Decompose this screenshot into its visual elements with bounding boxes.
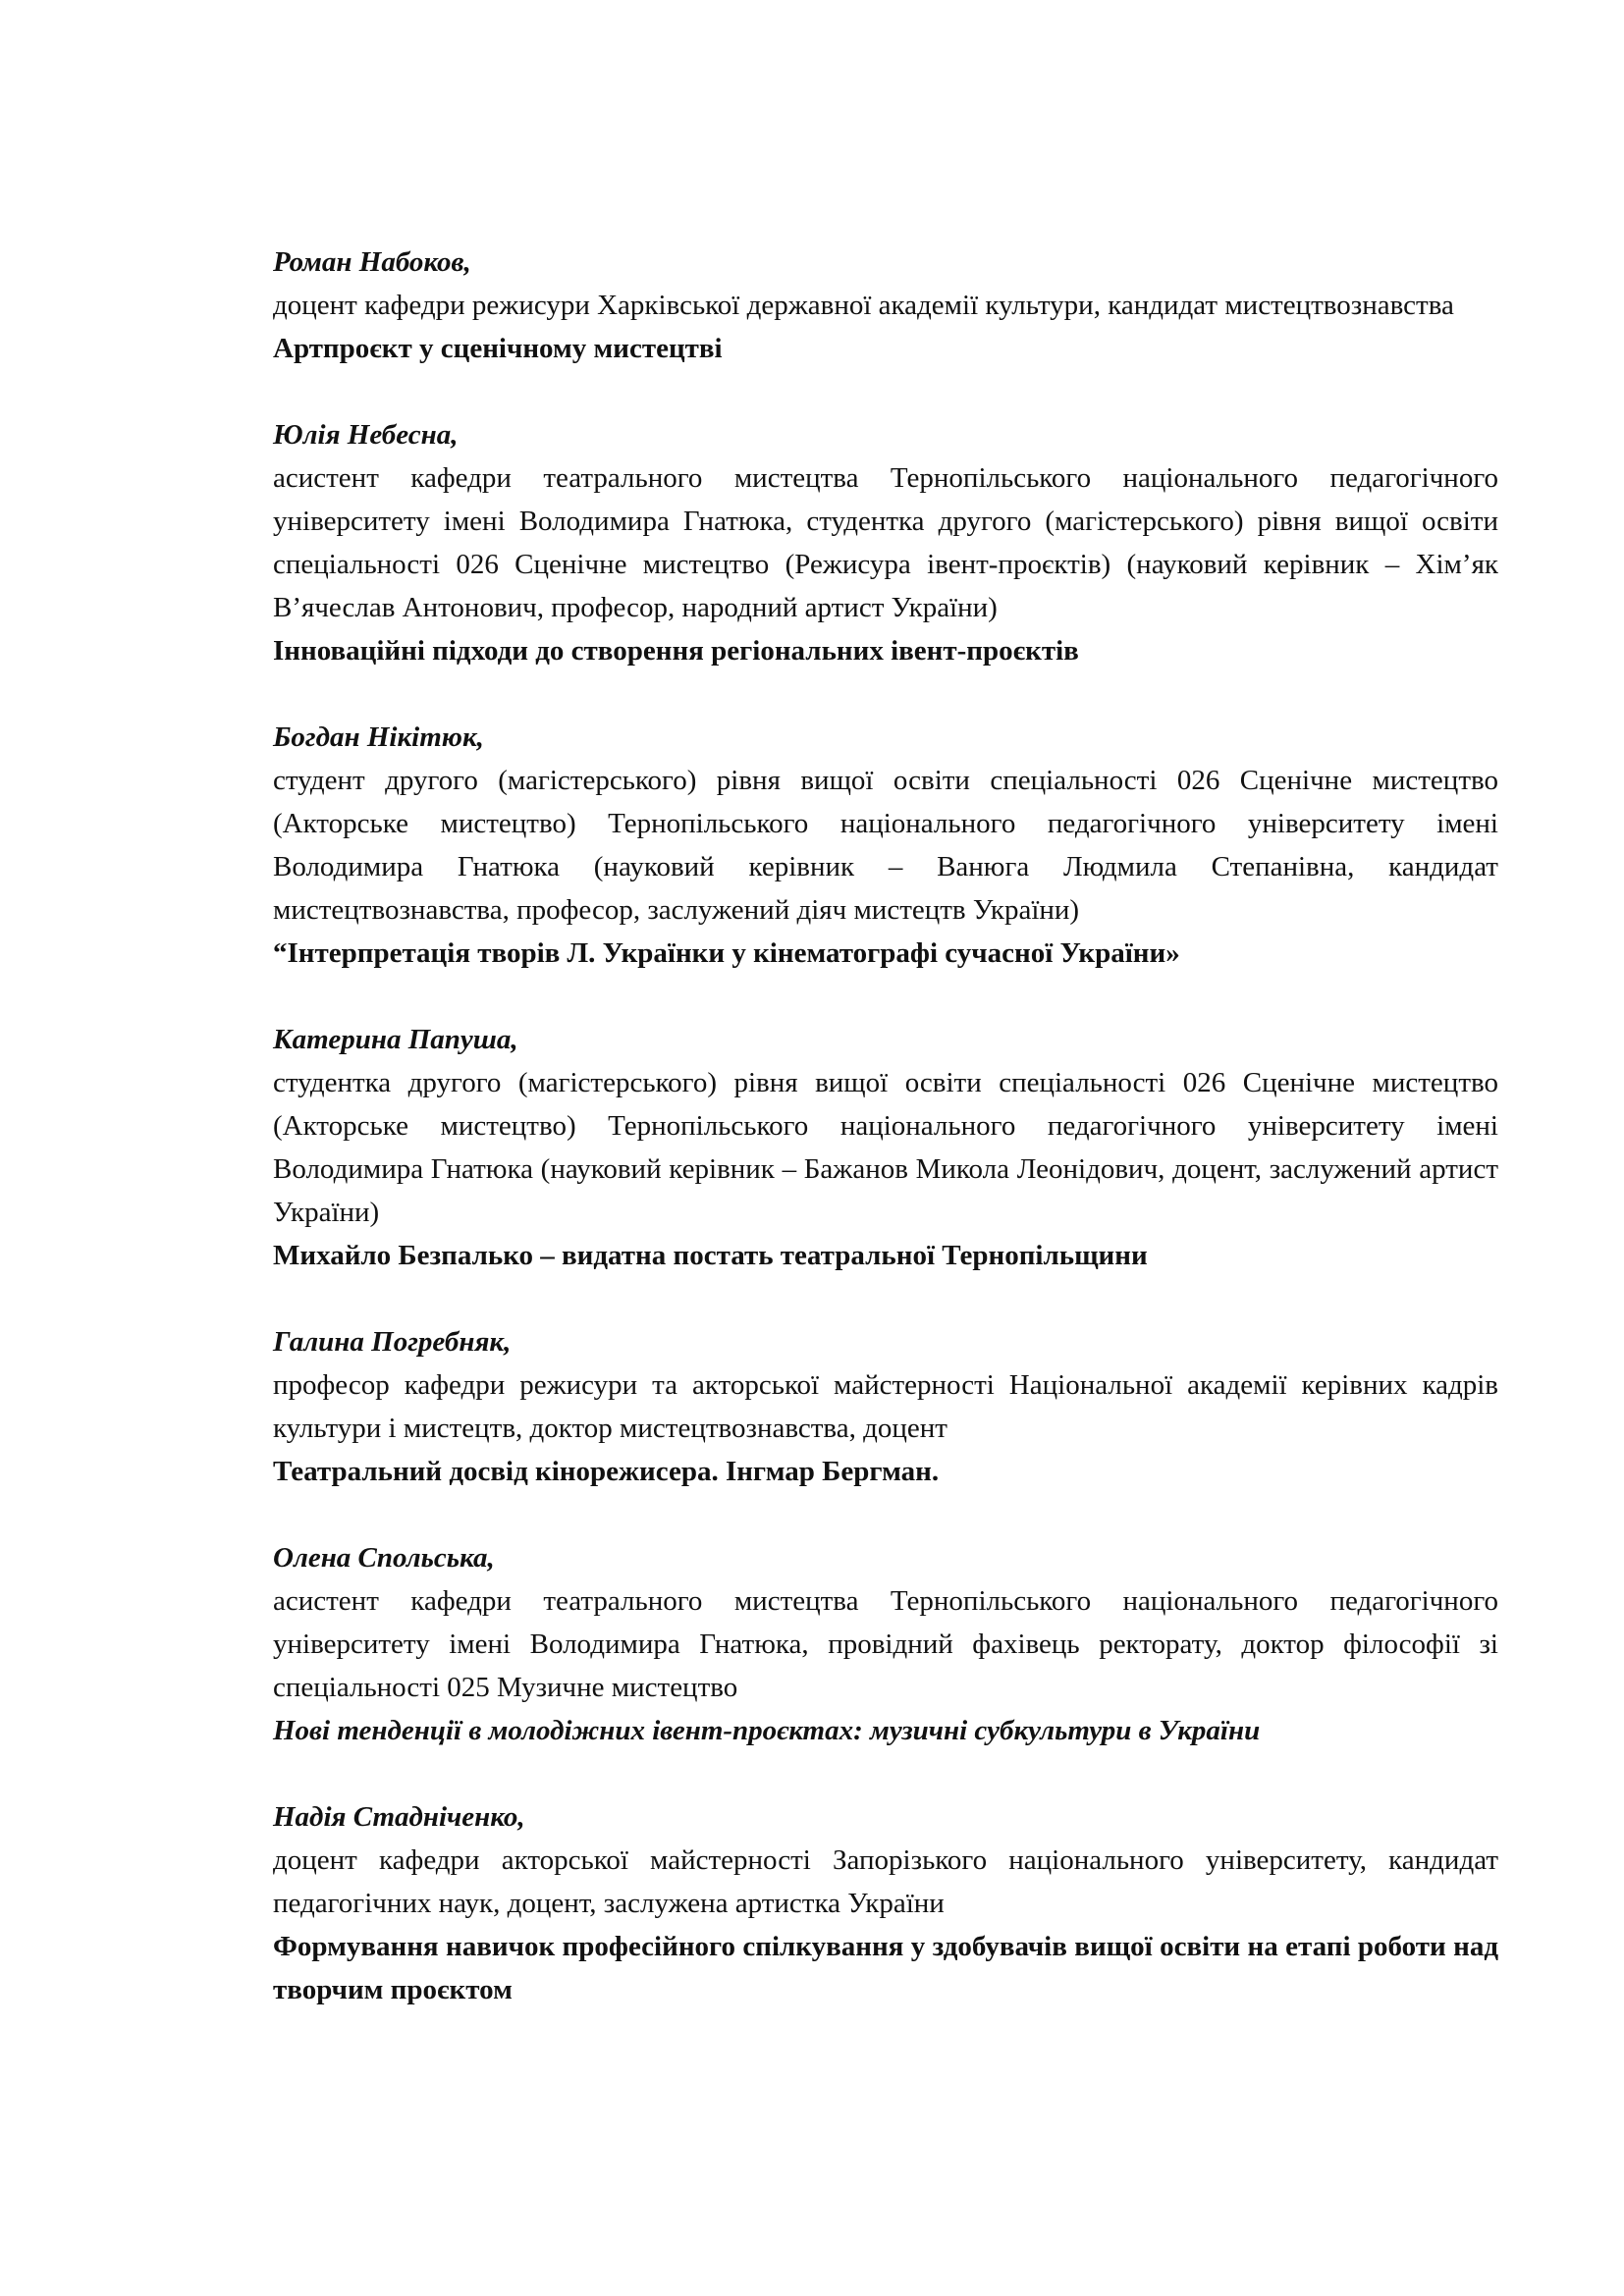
speaker-name: Олена Спольська, (273, 1536, 1498, 1579)
speaker-entry: Галина Погребняк, професор кафедри режис… (273, 1320, 1498, 1493)
speaker-affiliation: студент другого (магістерського) рівня в… (273, 759, 1498, 932)
talk-title: Нові тенденції в молодіжних івент-проєкт… (273, 1709, 1498, 1752)
talk-title: Михайло Безпалько – видатна постать теат… (273, 1234, 1498, 1277)
speaker-entry: Надія Стадніченко, доцент кафедри акторс… (273, 1795, 1498, 2011)
speaker-affiliation: професор кафедри режисури та акторської … (273, 1363, 1498, 1450)
speaker-affiliation: асистент кафедри театрального мистецтва … (273, 456, 1498, 629)
speaker-entry: Богдан Нікітюк, студент другого (магісте… (273, 716, 1498, 975)
document-page: Роман Набоков, доцент кафедри режисури Х… (273, 240, 1498, 2055)
speaker-name: Катерина Папуша, (273, 1018, 1498, 1061)
speaker-name: Юлія Небесна, (273, 413, 1498, 456)
speaker-name: Богдан Нікітюк, (273, 716, 1498, 759)
speaker-affiliation: доцент кафедри режисури Харківської держ… (273, 284, 1498, 327)
talk-title: “Інтерпретація творів Л. Українки у кіне… (273, 932, 1498, 975)
speaker-affiliation: асистент кафедри театрального мистецтва … (273, 1579, 1498, 1709)
talk-title: Театральний досвід кінорежисера. Інгмар … (273, 1450, 1498, 1493)
speaker-affiliation: доцент кафедри акторської майстерності З… (273, 1839, 1498, 1925)
speaker-entry: Олена Спольська, асистент кафедри театра… (273, 1536, 1498, 1752)
speaker-affiliation: студентка другого (магістерського) рівня… (273, 1061, 1498, 1234)
speaker-entry: Роман Набоков, доцент кафедри режисури Х… (273, 240, 1498, 370)
speaker-name: Роман Набоков, (273, 240, 1498, 284)
speaker-entry: Катерина Папуша, студентка другого (магі… (273, 1018, 1498, 1277)
talk-title: Інноваційні підходи до створення регіона… (273, 629, 1498, 672)
talk-title: Артпроєкт у сценічному мистецтві (273, 327, 1498, 370)
talk-title: Формування навичок професійного спілкува… (273, 1925, 1498, 2011)
speaker-name: Надія Стадніченко, (273, 1795, 1498, 1839)
speaker-name: Галина Погребняк, (273, 1320, 1498, 1363)
speaker-entry: Юлія Небесна, асистент кафедри театральн… (273, 413, 1498, 672)
